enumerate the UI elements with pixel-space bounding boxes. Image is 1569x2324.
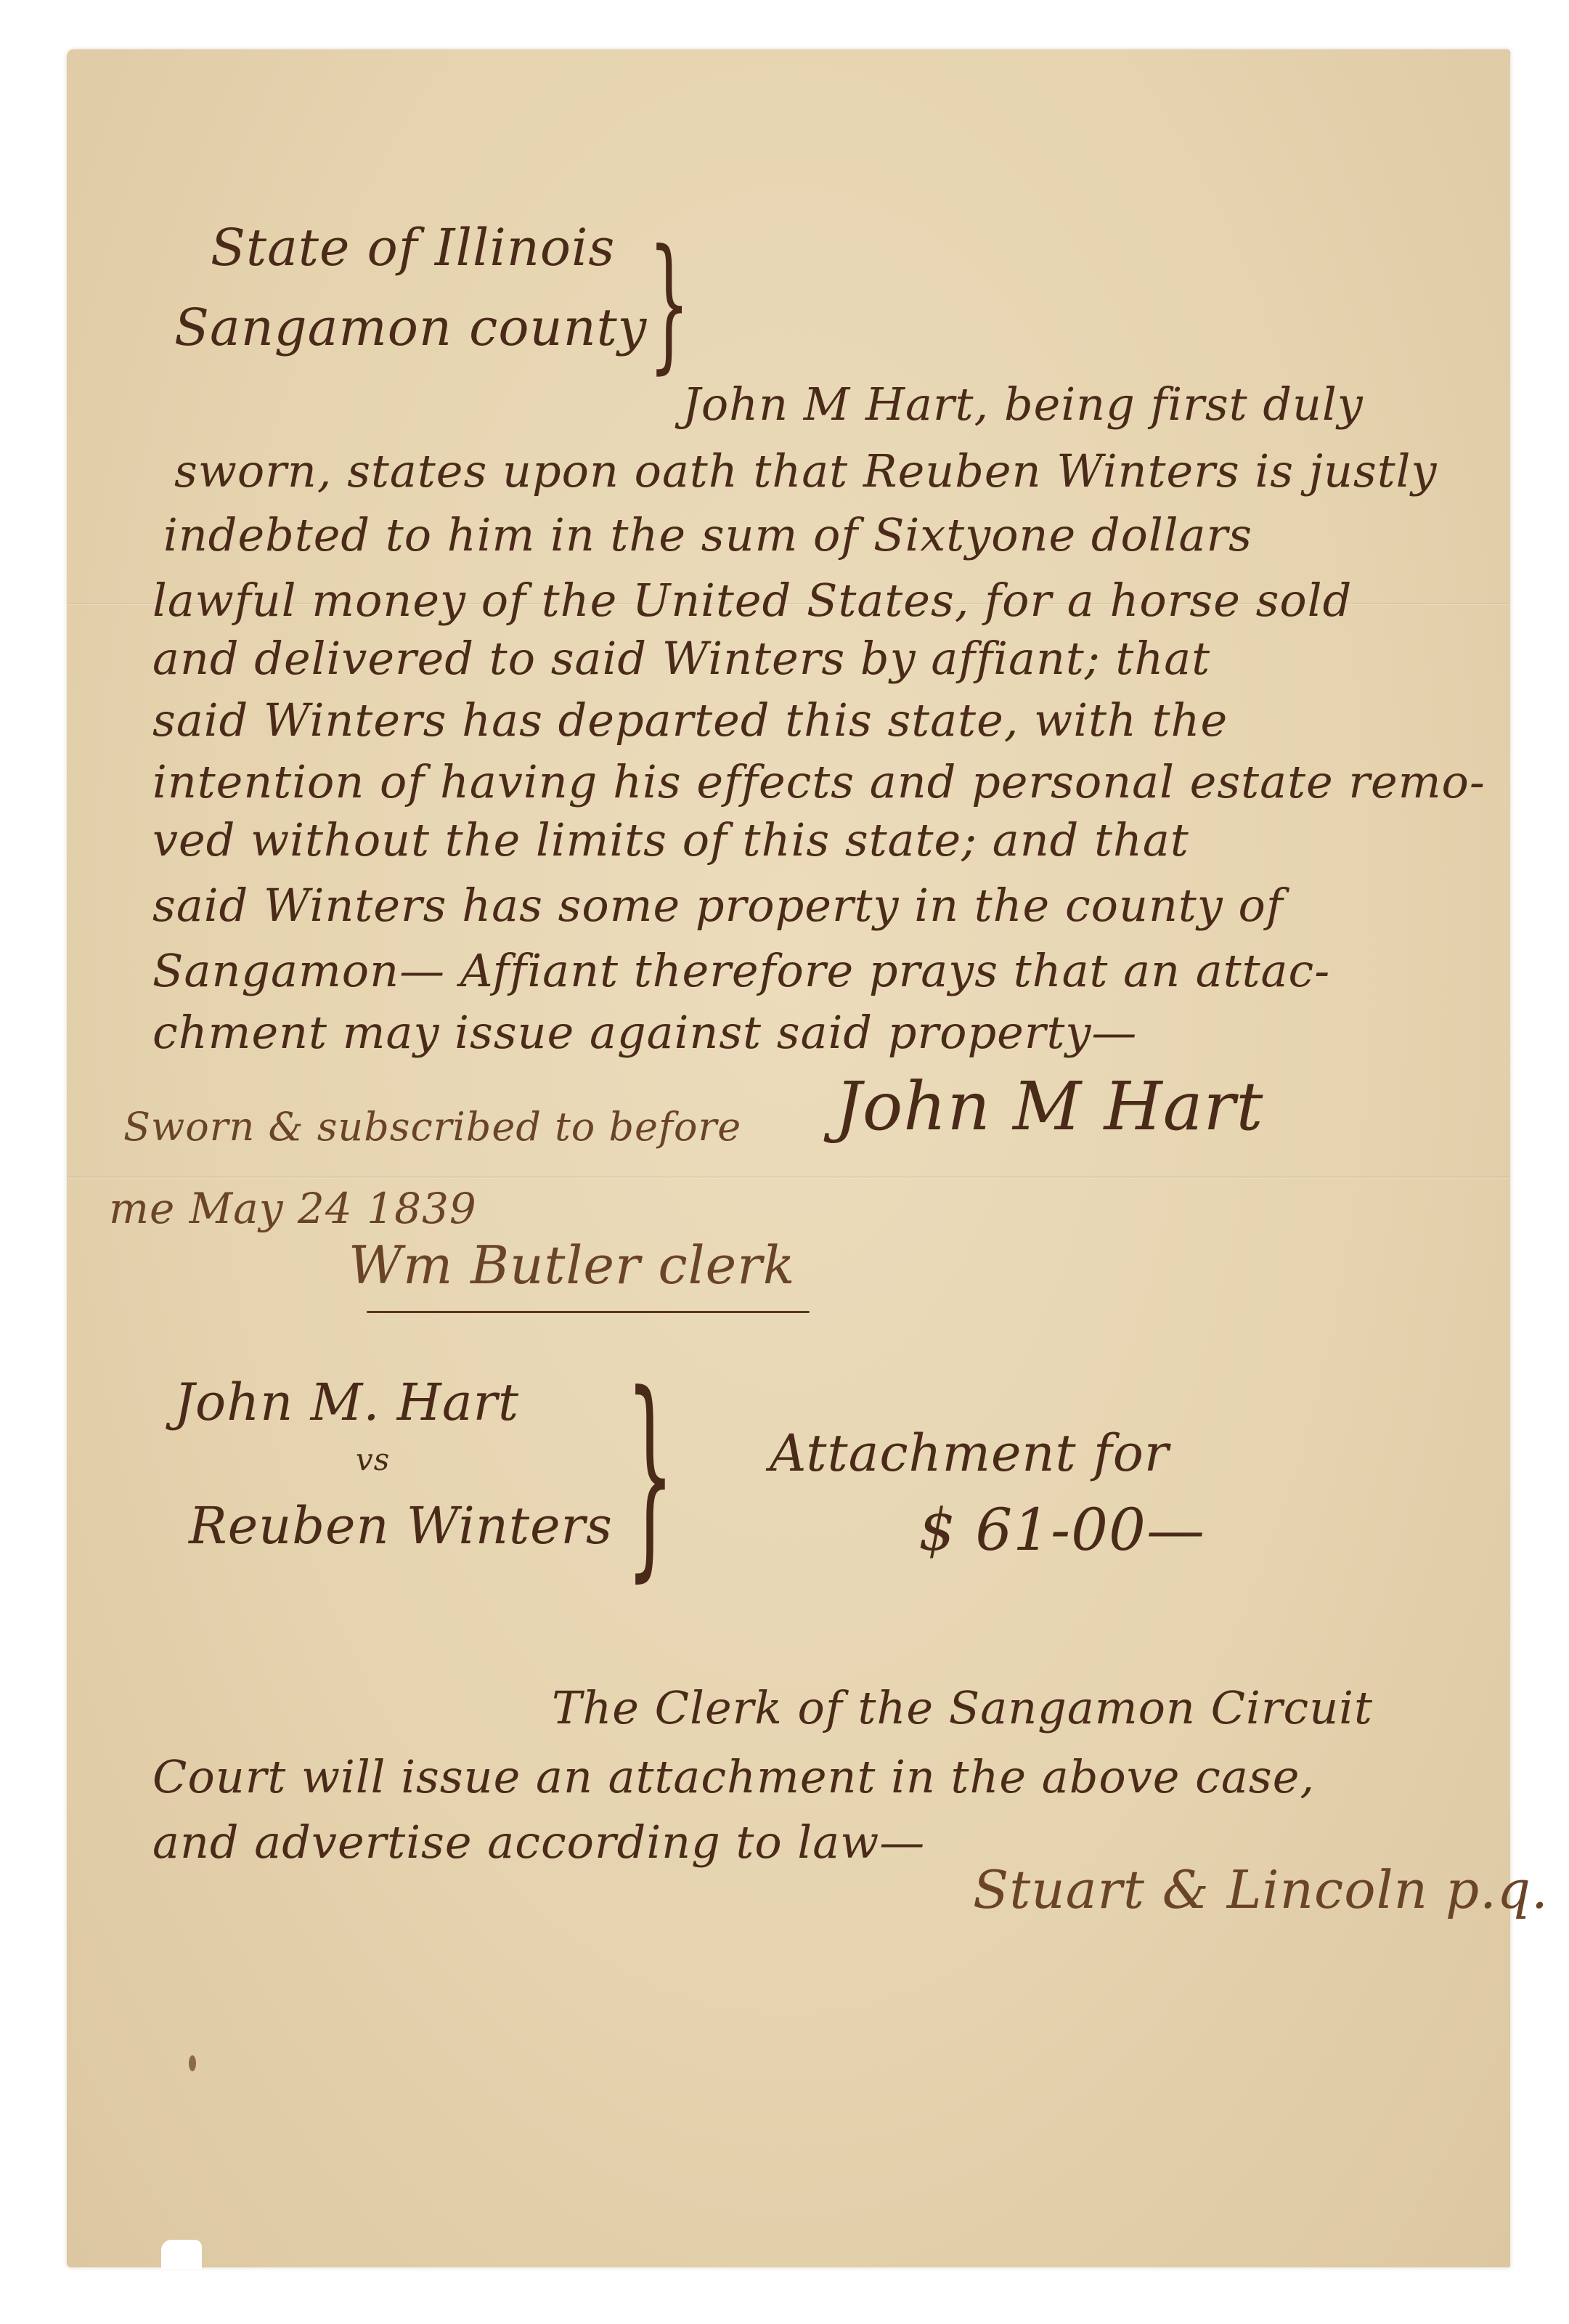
affidavit-line: ved without the limits of this state; an… bbox=[152, 813, 1189, 866]
affidavit-line: said Winters has departed this state, wi… bbox=[152, 694, 1228, 747]
affidavit-line: chment may issue against said property— bbox=[152, 1006, 1137, 1059]
affidavit-line: Sangamon— Affiant therefore prays that a… bbox=[152, 944, 1330, 997]
clerk-signature: Wm Butler clerk bbox=[349, 1235, 795, 1296]
caption-county: Sangamon county bbox=[174, 298, 647, 357]
docket-title: Attachment for bbox=[770, 1423, 1169, 1483]
clerk-signature-underline bbox=[367, 1311, 810, 1313]
docket-amount: $ 61-00— bbox=[918, 1496, 1205, 1564]
affidavit-line: John M Hart, being first duly bbox=[682, 378, 1364, 431]
affidavit-line: intention of having his effects and pers… bbox=[152, 755, 1486, 808]
caption-brace: } bbox=[648, 231, 690, 376]
affiant-signature: John M Hart bbox=[835, 1068, 1264, 1145]
affidavit-line: sworn, states upon oath that Reuben Wint… bbox=[174, 444, 1437, 497]
caption-state: State of Illinois bbox=[211, 218, 615, 277]
instruction-line: and advertise according to law— bbox=[152, 1816, 925, 1869]
affidavit-line: indebted to him in the sum of Sixtyone d… bbox=[163, 508, 1252, 561]
fold-crease bbox=[67, 1177, 1510, 1179]
instruction-line: The Clerk of the Sangamon Circuit bbox=[552, 1681, 1373, 1734]
torn-notch bbox=[161, 2240, 202, 2269]
ink-spot bbox=[189, 2055, 196, 2071]
affidavit-line: lawful money of the United States, for a… bbox=[152, 574, 1352, 627]
jurat-line: Sworn & subscribed to before bbox=[123, 1104, 741, 1150]
docket-versus: vs bbox=[356, 1442, 390, 1477]
docket-brace: } bbox=[626, 1365, 675, 1583]
instruction-line: Court will issue an attachment in the ab… bbox=[152, 1750, 1315, 1803]
attorney-signature: Stuart & Lincoln p.q. bbox=[973, 1859, 1549, 1920]
docket-defendant: Reuben Winters bbox=[189, 1496, 613, 1556]
jurat-date: me May 24 1839 bbox=[109, 1184, 477, 1233]
affidavit-line: and delivered to said Winters by affiant… bbox=[152, 632, 1210, 685]
affidavit-line: said Winters has some property in the co… bbox=[152, 879, 1284, 932]
docket-plaintiff: John M. Hart bbox=[174, 1373, 519, 1432]
